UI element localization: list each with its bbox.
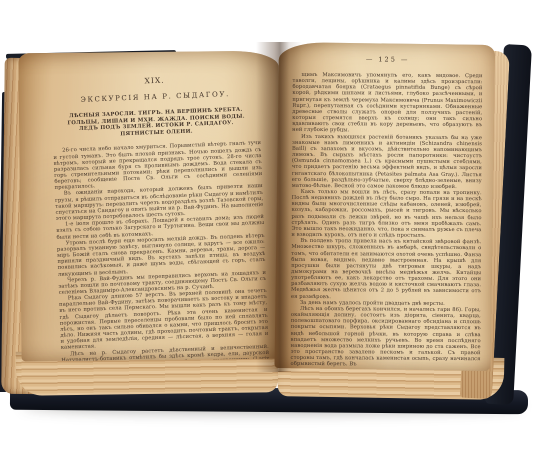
right-page: — 125 — щимъ Максимовичъ упомянулъ его, … bbox=[274, 42, 495, 371]
paragraph: Рѣка Сыдагоу длиною 57 верстъ. Въ верхне… bbox=[59, 288, 269, 351]
chapter-title: ЭКСКУРСІЯ НА Р. СЫДАГОУ. bbox=[51, 89, 259, 105]
paragraph: Въ полдень тропа привела насъ къ китайск… bbox=[291, 238, 481, 301]
chapter-number: XIX. bbox=[50, 72, 258, 89]
page-number: — 125 — bbox=[293, 55, 483, 64]
paragraph: Какъ только мы вошли въ лѣсъ, сразу попа… bbox=[291, 189, 481, 240]
chapter-synopsis: ЛѢСНЫЯ ЗАРОСЛИ. ТИГРЪ. НА ВЕРШИНѢ ХРЕБТА… bbox=[62, 106, 251, 140]
left-page-text: XIX. ЭКСКУРСІЯ НА Р. СЫДАГОУ. ЛѢСНЫЯ ЗАР… bbox=[50, 72, 269, 361]
right-page-text: — 125 — щимъ Максимовичъ упомянулъ его, … bbox=[290, 55, 482, 371]
photo-open-book: XIX. ЭКСКУРСІЯ НА Р. СЫДАГОУ. ЛѢСНЫЯ ЗАР… bbox=[0, 0, 550, 450]
left-page: XIX. ЭКСКУРСІЯ НА Р. СЫДАГОУ. ЛѢСНЫЯ ЗАР… bbox=[18, 51, 281, 362]
paragraph: Изъ такихъ вьющихся растеній ботаникъ ук… bbox=[292, 133, 482, 190]
paragraph: щимъ Максимовичъ упомянулъ его, какъ вид… bbox=[292, 72, 482, 135]
paragraph: Лѣсъ на обоихъ берегахъ кончился, и нача… bbox=[290, 306, 480, 369]
